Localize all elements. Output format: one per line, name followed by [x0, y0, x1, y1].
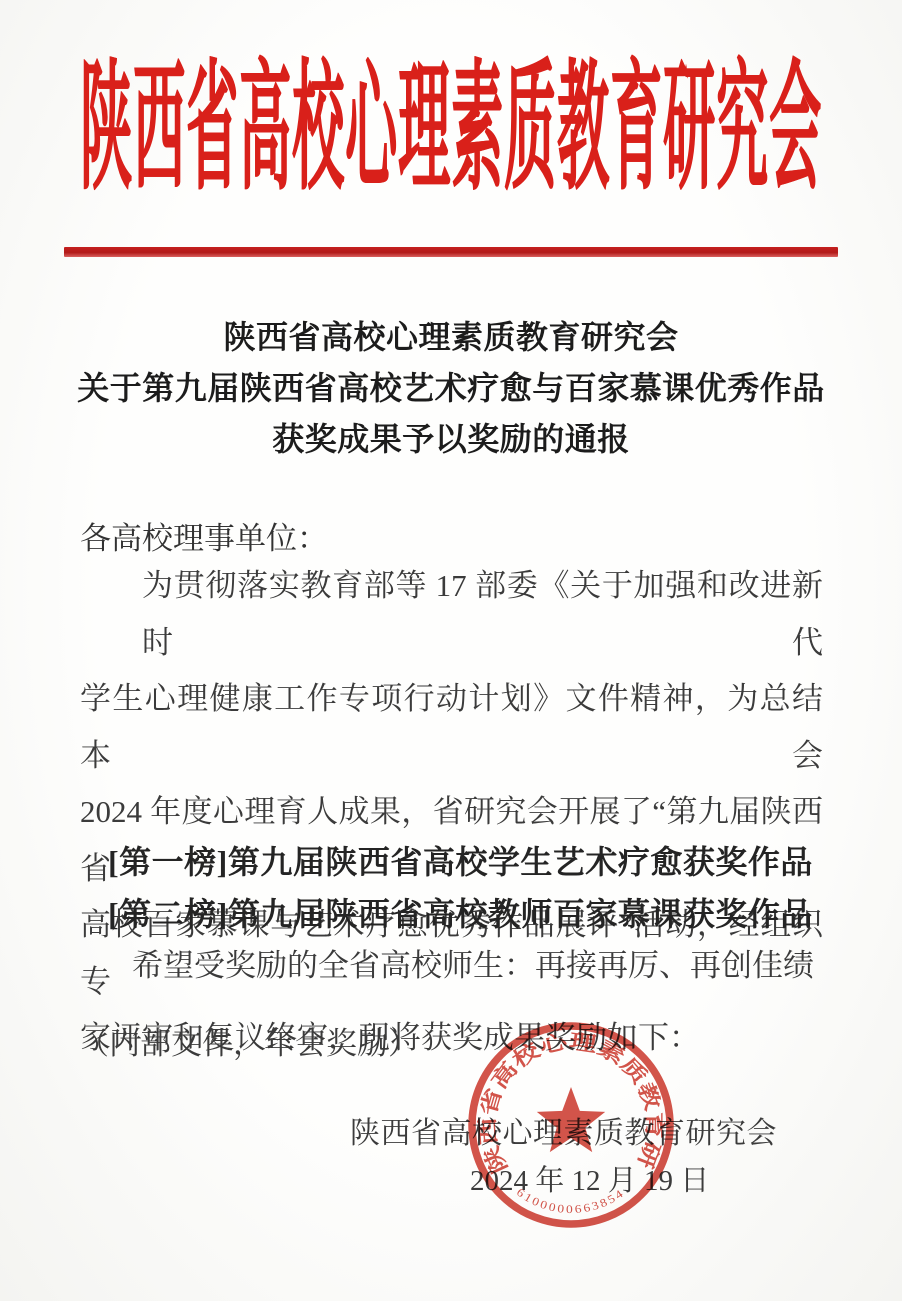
award-line-first: [第一榜]第九届陕西省高校学生艺术疗愈获奖作品 [80, 836, 823, 888]
salutation: 各高校理事单位： [80, 513, 328, 558]
document-title: 陕西省高校心理素质教育研究会 关于第九届陕西省高校艺术疗愈与百家慕课优秀作品 获… [0, 312, 902, 465]
seal-star-icon [537, 1087, 605, 1152]
letterhead-title: 陕西省高校心理素质教育研究会 [0, 60, 902, 206]
encouragement-line: 希望受奖励的全省高校师生：再接再厉、再创佳绩 [80, 940, 823, 992]
award-line-second: [第二榜]第九届陕西省高校教师百家慕课获奖作品 [80, 888, 823, 940]
official-notice-page: 陕西省高校心理素质教育研究会 陕西省高校心理素质教育研究会 关于第九届陕西省高校… [0, 0, 902, 1301]
red-divider-bar [64, 247, 838, 257]
document-title-line-3: 获奖成果予以奖励的通报 [0, 414, 902, 465]
body-line: 学生心理健康工作专项行动计划》文件精神，为总结本会 [80, 671, 823, 784]
body-line: 为贯彻落实教育部等 17 部委《关于加强和改进新时代 [80, 558, 823, 671]
internal-note: （内部文件，年会奖励） [78, 1018, 419, 1063]
award-list: [第一榜]第九届陕西省高校学生艺术疗愈获奖作品 [第二榜]第九届陕西省高校教师百… [80, 836, 823, 992]
document-title-line-2: 关于第九届陕西省高校艺术疗愈与百家慕课优秀作品 [0, 363, 902, 414]
document-title-line-1: 陕西省高校心理素质教育研究会 [0, 312, 902, 363]
official-red-seal: 陕西省高校心理素质教育研究会 6100000663854 [441, 995, 701, 1255]
